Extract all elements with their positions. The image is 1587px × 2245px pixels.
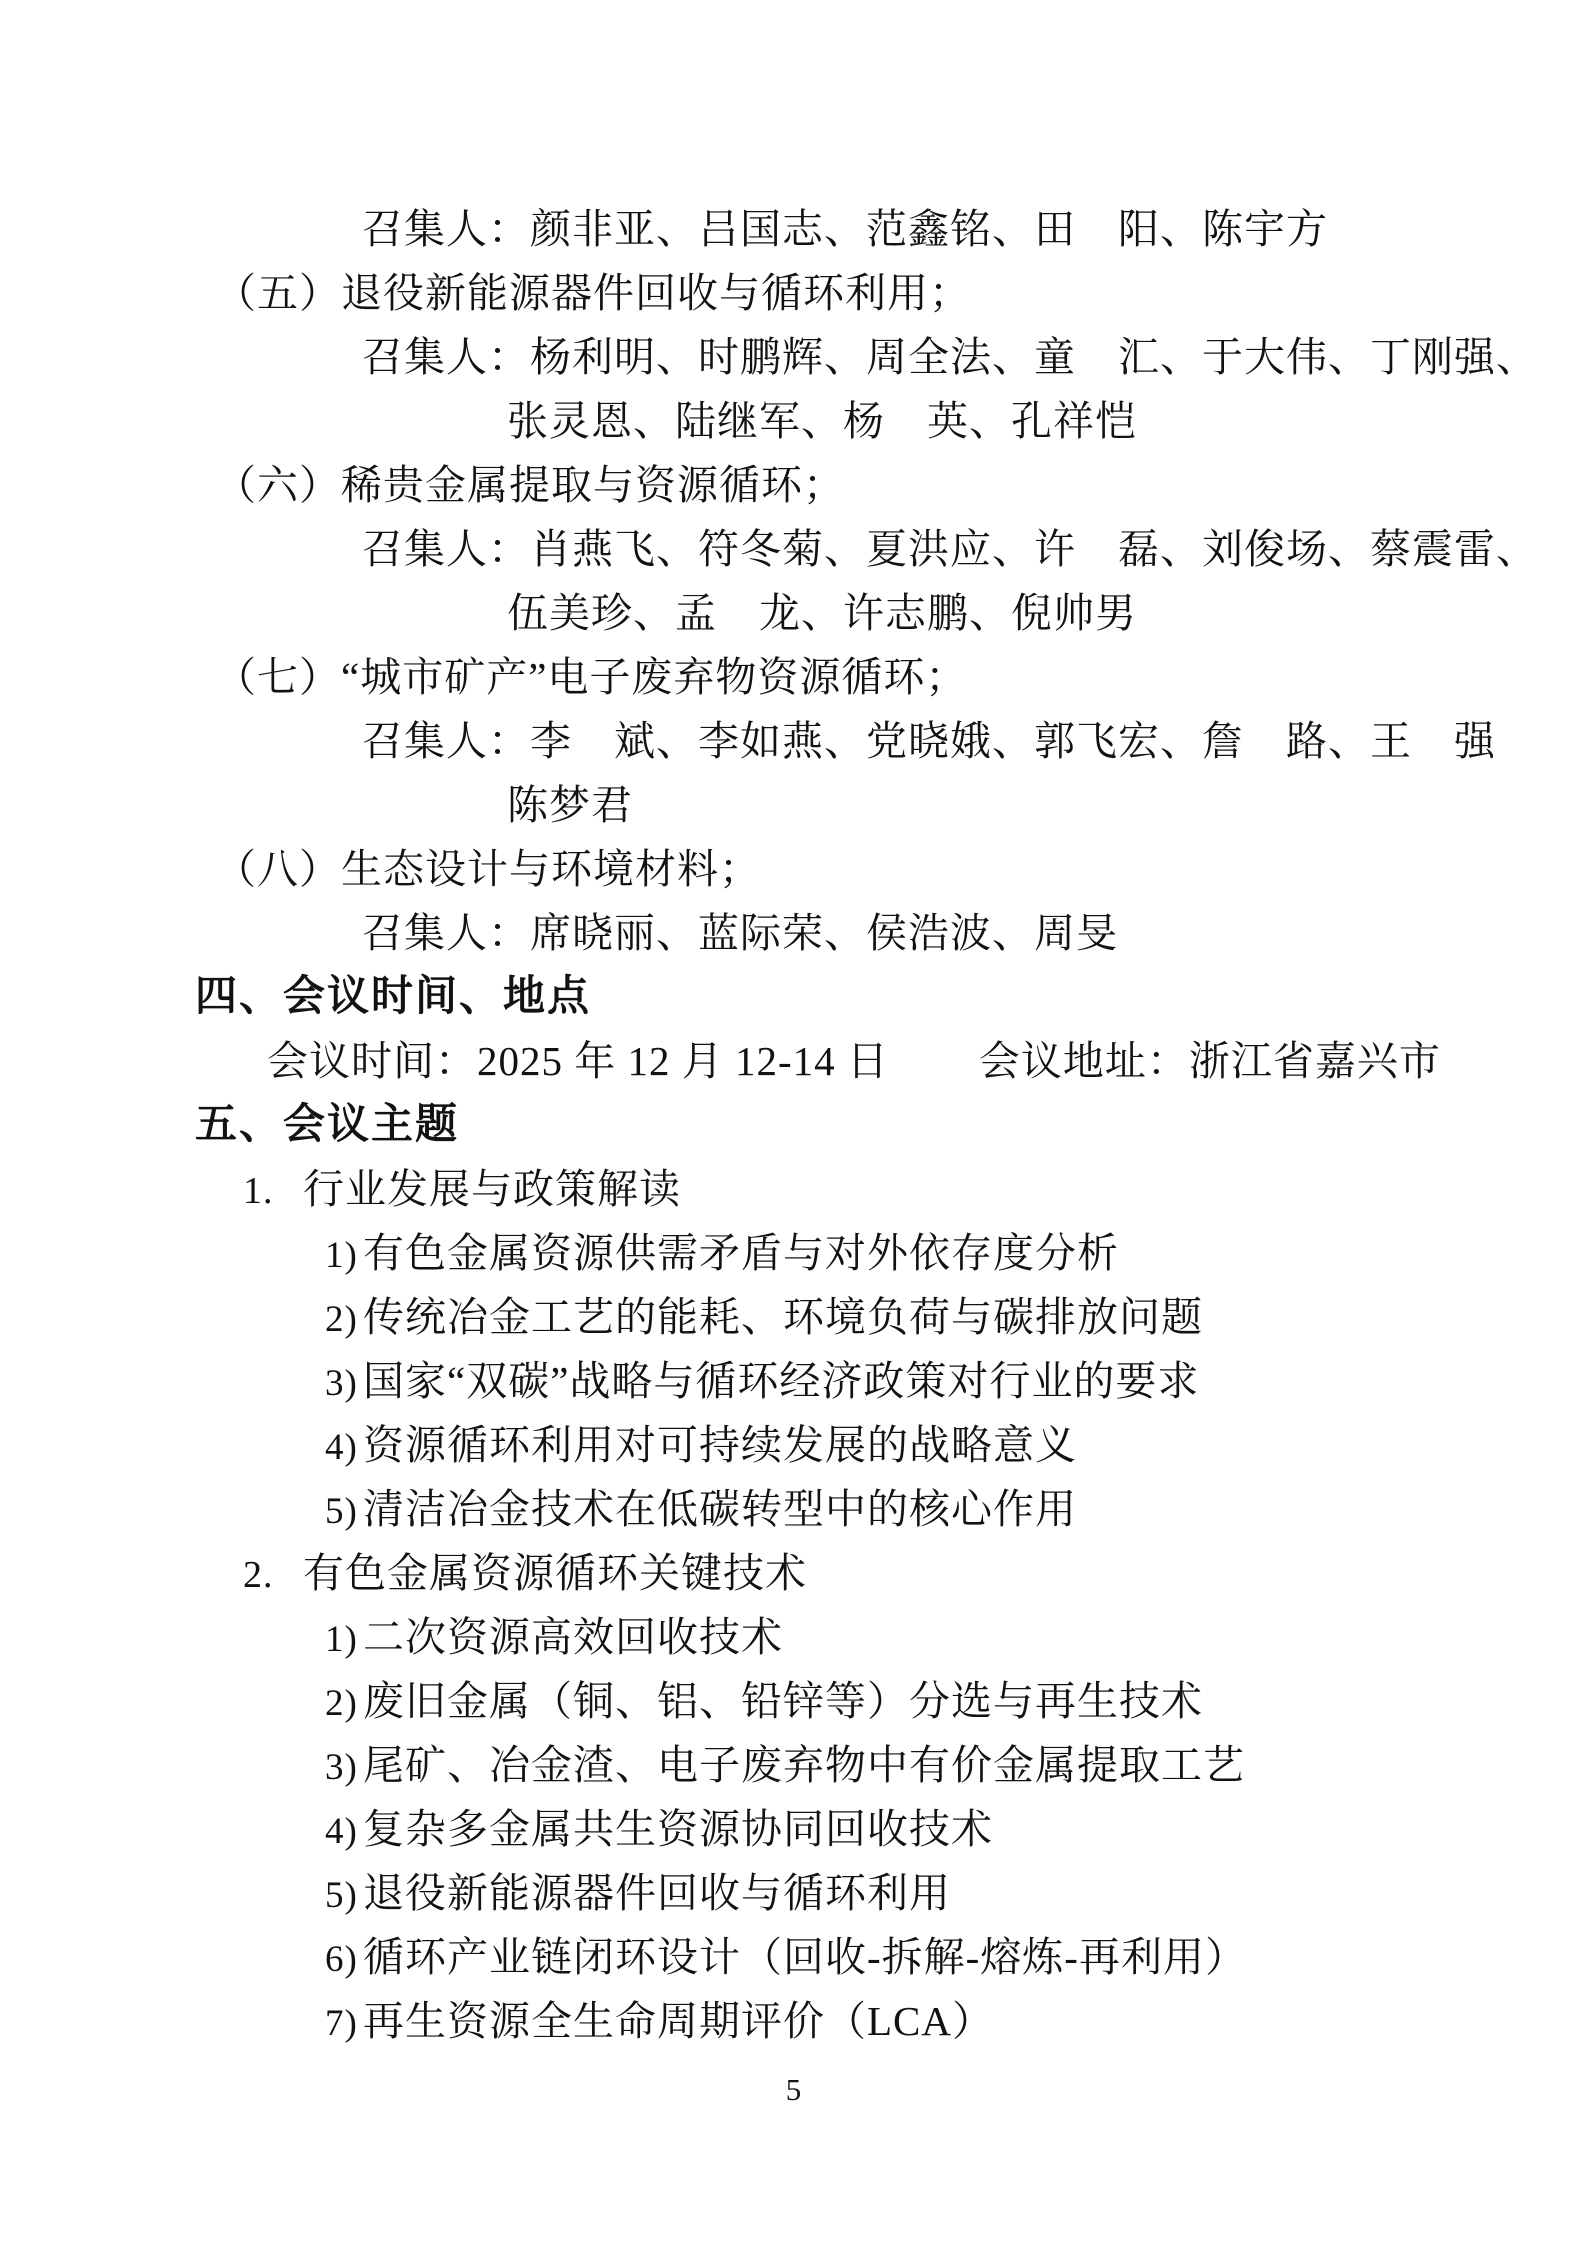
line-text: 召集人：李 斌、李如燕、党晓娥、郭飞宏、詹 路、王 强 — [362, 718, 1496, 764]
line-text: 召集人：颜非亚、吕国志、范鑫铭、田 阳、陈宇方 — [362, 206, 1328, 252]
line-text: （六）稀贵金属提取与资源循环； — [215, 462, 845, 508]
document-line-section: （五）退役新能源器件回收与循环利用； — [0, 261, 1587, 325]
line-text: 国家“双碳”战略与循环经济政策对行业的要求 — [363, 1358, 1199, 1404]
list-marker: 3) — [325, 1352, 363, 1416]
line-text: 五、会议主题 — [195, 1102, 459, 1148]
line-text: 召集人：杨利明、时鹏辉、周全法、童 汇、于大伟、丁刚强、 — [362, 334, 1538, 380]
document-line-convener: 召集人：李 斌、李如燕、党晓娥、郭飞宏、詹 路、王 强 — [0, 709, 1587, 773]
document-line-section: （七）“城市矿产”电子废弃物资源循环； — [0, 645, 1587, 709]
document-line-continuation: 陈梦君 — [0, 773, 1587, 837]
document-line-sub: 4)复杂多金属共生资源协同回收技术 — [0, 1797, 1587, 1861]
document-line-num: 1.行业发展与政策解读 — [0, 1157, 1587, 1221]
document-line-continuation: 张灵恩、陆继军、杨 英、孔祥恺 — [0, 389, 1587, 453]
line-text: 复杂多金属共生资源协同回收技术 — [363, 1806, 993, 1852]
document-line-sub: 3)尾矿、冶金渣、电子废弃物中有价金属提取工艺 — [0, 1733, 1587, 1797]
document-line-sub: 7)再生资源全生命周期评价（LCA） — [0, 1989, 1587, 2053]
line-text: 废旧金属（铜、铝、铅锌等）分选与再生技术 — [363, 1678, 1203, 1724]
document-line-sub: 5)退役新能源器件回收与循环利用 — [0, 1861, 1587, 1925]
document-line-num: 2.有色金属资源循环关键技术 — [0, 1541, 1587, 1605]
line-text: 二次资源高效回收技术 — [363, 1614, 783, 1660]
line-text: 再生资源全生命周期评价（LCA） — [363, 1998, 994, 2044]
list-marker: 1. — [243, 1159, 303, 1223]
meeting-time: 会议时间：2025 年 12 月 12-14 日 — [267, 1038, 889, 1084]
document-line-heading: 五、会议主题 — [0, 1093, 1587, 1157]
document-line-heading: 四、会议时间、地点 — [0, 965, 1587, 1029]
document-line-convener: 召集人：席晓丽、蓝际荣、侯浩波、周旻 — [0, 901, 1587, 965]
list-marker: 7) — [325, 1992, 363, 2056]
list-marker: 1) — [325, 1608, 363, 1672]
line-text: 资源循环利用对可持续发展的战略意义 — [363, 1422, 1077, 1468]
line-text: 召集人：席晓丽、蓝际荣、侯浩波、周旻 — [362, 910, 1118, 956]
line-text: 四、会议时间、地点 — [195, 974, 591, 1020]
line-text: 退役新能源器件回收与循环利用 — [363, 1870, 951, 1916]
document-line-sub: 2)传统冶金工艺的能耗、环境负荷与碳排放问题 — [0, 1285, 1587, 1349]
document-line-sub: 3)国家“双碳”战略与循环经济政策对行业的要求 — [0, 1349, 1587, 1413]
document-line-sub: 1)二次资源高效回收技术 — [0, 1605, 1587, 1669]
list-marker: 5) — [325, 1480, 363, 1544]
document-line-sub: 4)资源循环利用对可持续发展的战略意义 — [0, 1413, 1587, 1477]
document-page: { "page": { "lines": [ { "type": "conven… — [0, 0, 1587, 2245]
list-marker: 2. — [243, 1543, 303, 1607]
line-text: 传统冶金工艺的能耗、环境负荷与碳排放问题 — [363, 1294, 1203, 1340]
document-line-sub: 5)清洁冶金技术在低碳转型中的核心作用 — [0, 1477, 1587, 1541]
list-marker: 1) — [325, 1224, 363, 1288]
line-text: 有色金属资源供需矛盾与对外依存度分析 — [363, 1230, 1119, 1276]
document-line-sub: 1)有色金属资源供需矛盾与对外依存度分析 — [0, 1221, 1587, 1285]
line-text: 尾矿、冶金渣、电子废弃物中有价金属提取工艺 — [363, 1742, 1245, 1788]
list-marker: 5) — [325, 1864, 363, 1928]
document-body: 召集人：颜非亚、吕国志、范鑫铭、田 阳、陈宇方（五）退役新能源器件回收与循环利用… — [0, 197, 1587, 2053]
page-number: 5 — [0, 2072, 1587, 2108]
line-text: 清洁冶金技术在低碳转型中的核心作用 — [363, 1486, 1077, 1532]
line-text: （七）“城市矿产”电子废弃物资源循环； — [215, 654, 967, 700]
document-line-convener: 召集人：杨利明、时鹏辉、周全法、童 汇、于大伟、丁刚强、 — [0, 325, 1587, 389]
line-text: 有色金属资源循环关键技术 — [303, 1550, 807, 1596]
document-line-sub: 6)循环产业链闭环设计（回收-拆解-熔炼-再利用） — [0, 1925, 1587, 1989]
list-marker: 4) — [325, 1416, 363, 1480]
line-text: 行业发展与政策解读 — [303, 1166, 681, 1212]
document-line-convener: 召集人：颜非亚、吕国志、范鑫铭、田 阳、陈宇方 — [0, 197, 1587, 261]
document-line-section: （八）生态设计与环境材料； — [0, 837, 1587, 901]
line-text: 张灵恩、陆继军、杨 英、孔祥恺 — [507, 398, 1137, 444]
line-text: （八）生态设计与环境材料； — [215, 846, 761, 892]
line-text: （五）退役新能源器件回收与循环利用； — [215, 270, 971, 316]
document-line-section: （六）稀贵金属提取与资源循环； — [0, 453, 1587, 517]
meeting-address: 会议地址：浙江省嘉兴市 — [979, 1038, 1441, 1084]
document-line-sub: 2)废旧金属（铜、铝、铅锌等）分选与再生技术 — [0, 1669, 1587, 1733]
document-line-meta: 会议时间：2025 年 12 月 12-14 日会议地址：浙江省嘉兴市 — [0, 1029, 1587, 1093]
list-marker: 4) — [325, 1800, 363, 1864]
line-text: 陈梦君 — [507, 782, 633, 828]
list-marker: 2) — [325, 1672, 363, 1736]
line-text: 循环产业链闭环设计（回收-拆解-熔炼-再利用） — [363, 1934, 1247, 1980]
document-line-convener: 召集人：肖燕飞、符冬菊、夏洪应、许 磊、刘俊场、蔡震雷、 — [0, 517, 1587, 581]
list-marker: 2) — [325, 1288, 363, 1352]
line-text: 伍美珍、孟 龙、许志鹏、倪帅男 — [507, 590, 1137, 636]
document-line-continuation: 伍美珍、孟 龙、许志鹏、倪帅男 — [0, 581, 1587, 645]
line-text: 召集人：肖燕飞、符冬菊、夏洪应、许 磊、刘俊场、蔡震雷、 — [362, 526, 1538, 572]
list-marker: 6) — [325, 1928, 363, 1992]
list-marker: 3) — [325, 1736, 363, 1800]
